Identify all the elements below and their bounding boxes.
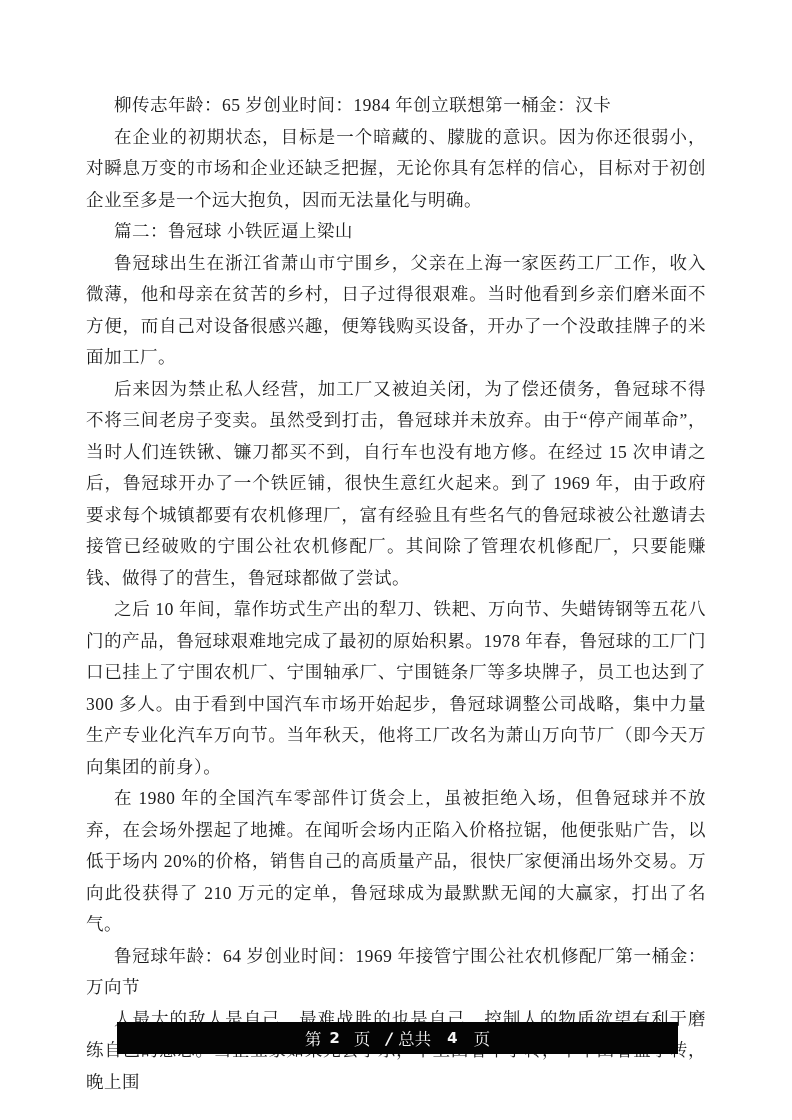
page-separator: /: [386, 1029, 392, 1048]
paragraph: 鲁冠球出生在浙江省萧山市宁围乡，父亲在上海一家医药工厂工作，收入微薄，他和母亲在…: [86, 248, 706, 374]
paragraph: 在 1980 年的全国汽车零部件订货会上，虽被拒绝入场，但鲁冠球并不放弃，在会场…: [86, 783, 706, 941]
document-text-block: 柳传志年龄：65 岁创业时间：1984 年创立联想第一桶金：汉卡 在企业的初期状…: [86, 90, 706, 1098]
page-unit-label: 页: [354, 1026, 371, 1050]
paragraph: 篇二：鲁冠球 小铁匠逼上梁山: [86, 216, 706, 248]
paragraph: 之后 10 年间，靠作坊式生产出的犁刀、铁耙、万向节、失蜡铸钢等五花八门的产品，…: [86, 594, 706, 783]
total-unit-label: 页: [474, 1026, 491, 1050]
page-label-prefix: 第: [305, 1026, 322, 1050]
paragraph: 后来因为禁止私人经营，加工厂又被迫关闭，为了偿还债务，鲁冠球不得不将三间老房子变…: [86, 374, 706, 595]
paragraph: 鲁冠球年龄：64 岁创业时间：1969 年接管宁围公社农机修配厂第一桶金：万向节: [86, 941, 706, 1004]
current-page-number: 2: [329, 1029, 339, 1047]
paragraph: 在企业的初期状态，目标是一个暗藏的、朦胧的意识。因为你还很弱小，对瞬息万变的市场…: [86, 122, 706, 217]
total-pages-number: 4: [447, 1029, 457, 1047]
total-label: 总共: [398, 1026, 431, 1050]
page-number-bar: 第 2 页 / 总共 4 页: [117, 1022, 678, 1054]
document-page: 柳传志年龄：65 岁创业时间：1984 年创立联想第一桶金：汉卡 在企业的初期状…: [0, 0, 792, 1120]
paragraph: 柳传志年龄：65 岁创业时间：1984 年创立联想第一桶金：汉卡: [86, 90, 706, 122]
